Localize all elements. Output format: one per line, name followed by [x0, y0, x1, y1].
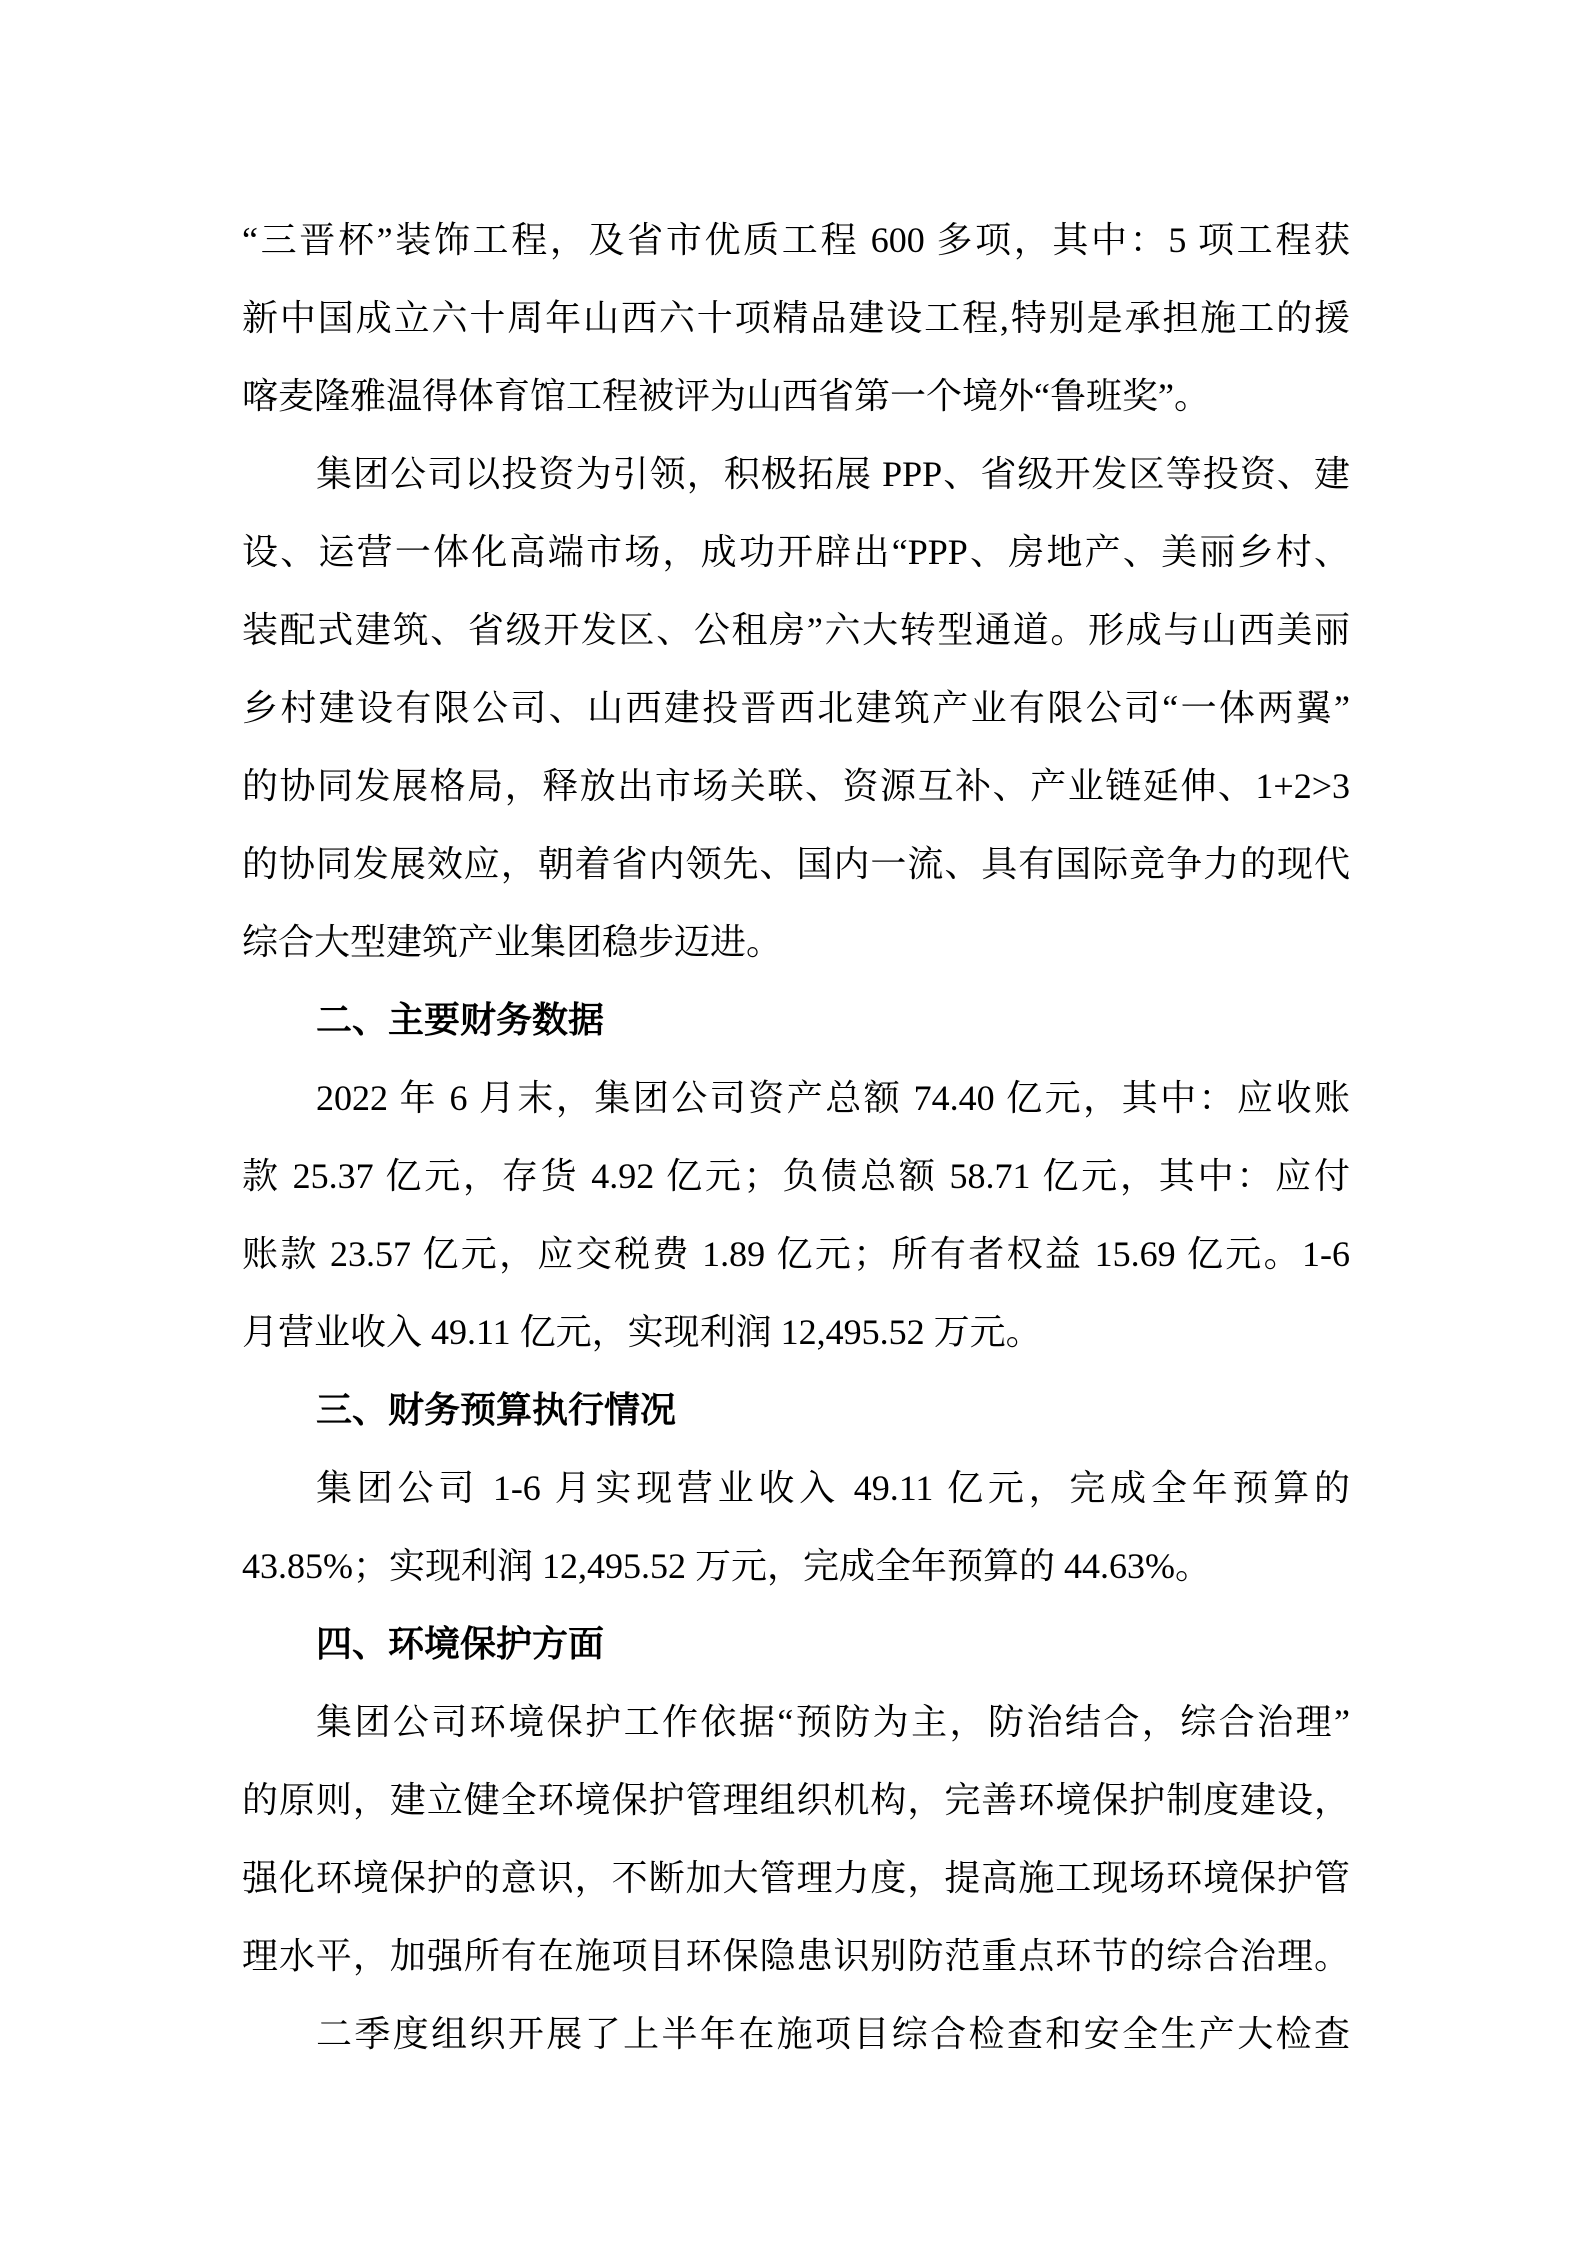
- document-text-block: “三晋杯”装饰工程，及省市优质工程 600 多项，其中：5 项工程获 新中国成立…: [242, 201, 1350, 2073]
- text-line: 账款 23.57 亿元，应交税费 1.89 亿元；所有者权益 15.69 亿元。…: [242, 1215, 1350, 1293]
- text-line: 的协同发展效应，朝着省内领先、国内一流、具有国际竞争力的现代: [242, 825, 1350, 903]
- text-line: 43.85%；实现利润 12,495.52 万元，完成全年预算的 44.63%。: [242, 1527, 1350, 1605]
- text-line: 集团公司以投资为引领，积极拓展 PPP、省级开发区等投资、建: [242, 435, 1350, 513]
- document-page: “三晋杯”装饰工程，及省市优质工程 600 多项，其中：5 项工程获 新中国成立…: [0, 0, 1587, 2245]
- section-heading: 二、主要财务数据: [242, 981, 1350, 1059]
- text-line: 集团公司 1-6 月实现营业收入 49.11 亿元，完成全年预算的: [242, 1449, 1350, 1527]
- text-line: 装配式建筑、省级开发区、公租房”六大转型通道。形成与山西美丽: [242, 591, 1350, 669]
- section-heading: 四、环境保护方面: [242, 1605, 1350, 1683]
- text-line: 的原则，建立健全环境保护管理组织机构，完善环境保护制度建设，: [242, 1761, 1350, 1839]
- text-line: 2022 年 6 月末，集团公司资产总额 74.40 亿元，其中：应收账: [242, 1059, 1350, 1137]
- text-line: 二季度组织开展了上半年在施项目综合检查和安全生产大检查: [242, 1995, 1350, 2073]
- text-line: 款 25.37 亿元，存货 4.92 亿元；负债总额 58.71 亿元，其中：应…: [242, 1137, 1350, 1215]
- section-heading: 三、财务预算执行情况: [242, 1371, 1350, 1449]
- text-line: 理水平，加强所有在施项目环保隐患识别防范重点环节的综合治理。: [242, 1917, 1350, 1995]
- text-line: 喀麦隆雅温得体育馆工程被评为山西省第一个境外“鲁班奖”。: [242, 357, 1350, 435]
- text-line: 新中国成立六十周年山西六十项精品建设工程,特别是承担施工的援: [242, 279, 1350, 357]
- text-line: 设、运营一体化高端市场，成功开辟出“PPP、房地产、美丽乡村、: [242, 513, 1350, 591]
- text-line: 月营业收入 49.11 亿元，实现利润 12,495.52 万元。: [242, 1293, 1350, 1371]
- text-line: 集团公司环境保护工作依据“预防为主，防治结合，综合治理”: [242, 1683, 1350, 1761]
- text-line: 的协同发展格局，释放出市场关联、资源互补、产业链延伸、1+2>3: [242, 747, 1350, 825]
- text-line: 综合大型建筑产业集团稳步迈进。: [242, 903, 1350, 981]
- text-line: 乡村建设有限公司、山西建投晋西北建筑产业有限公司“一体两翼”: [242, 669, 1350, 747]
- text-line: 强化环境保护的意识，不断加大管理力度，提高施工现场环境保护管: [242, 1839, 1350, 1917]
- text-line: “三晋杯”装饰工程，及省市优质工程 600 多项，其中：5 项工程获: [242, 201, 1350, 279]
